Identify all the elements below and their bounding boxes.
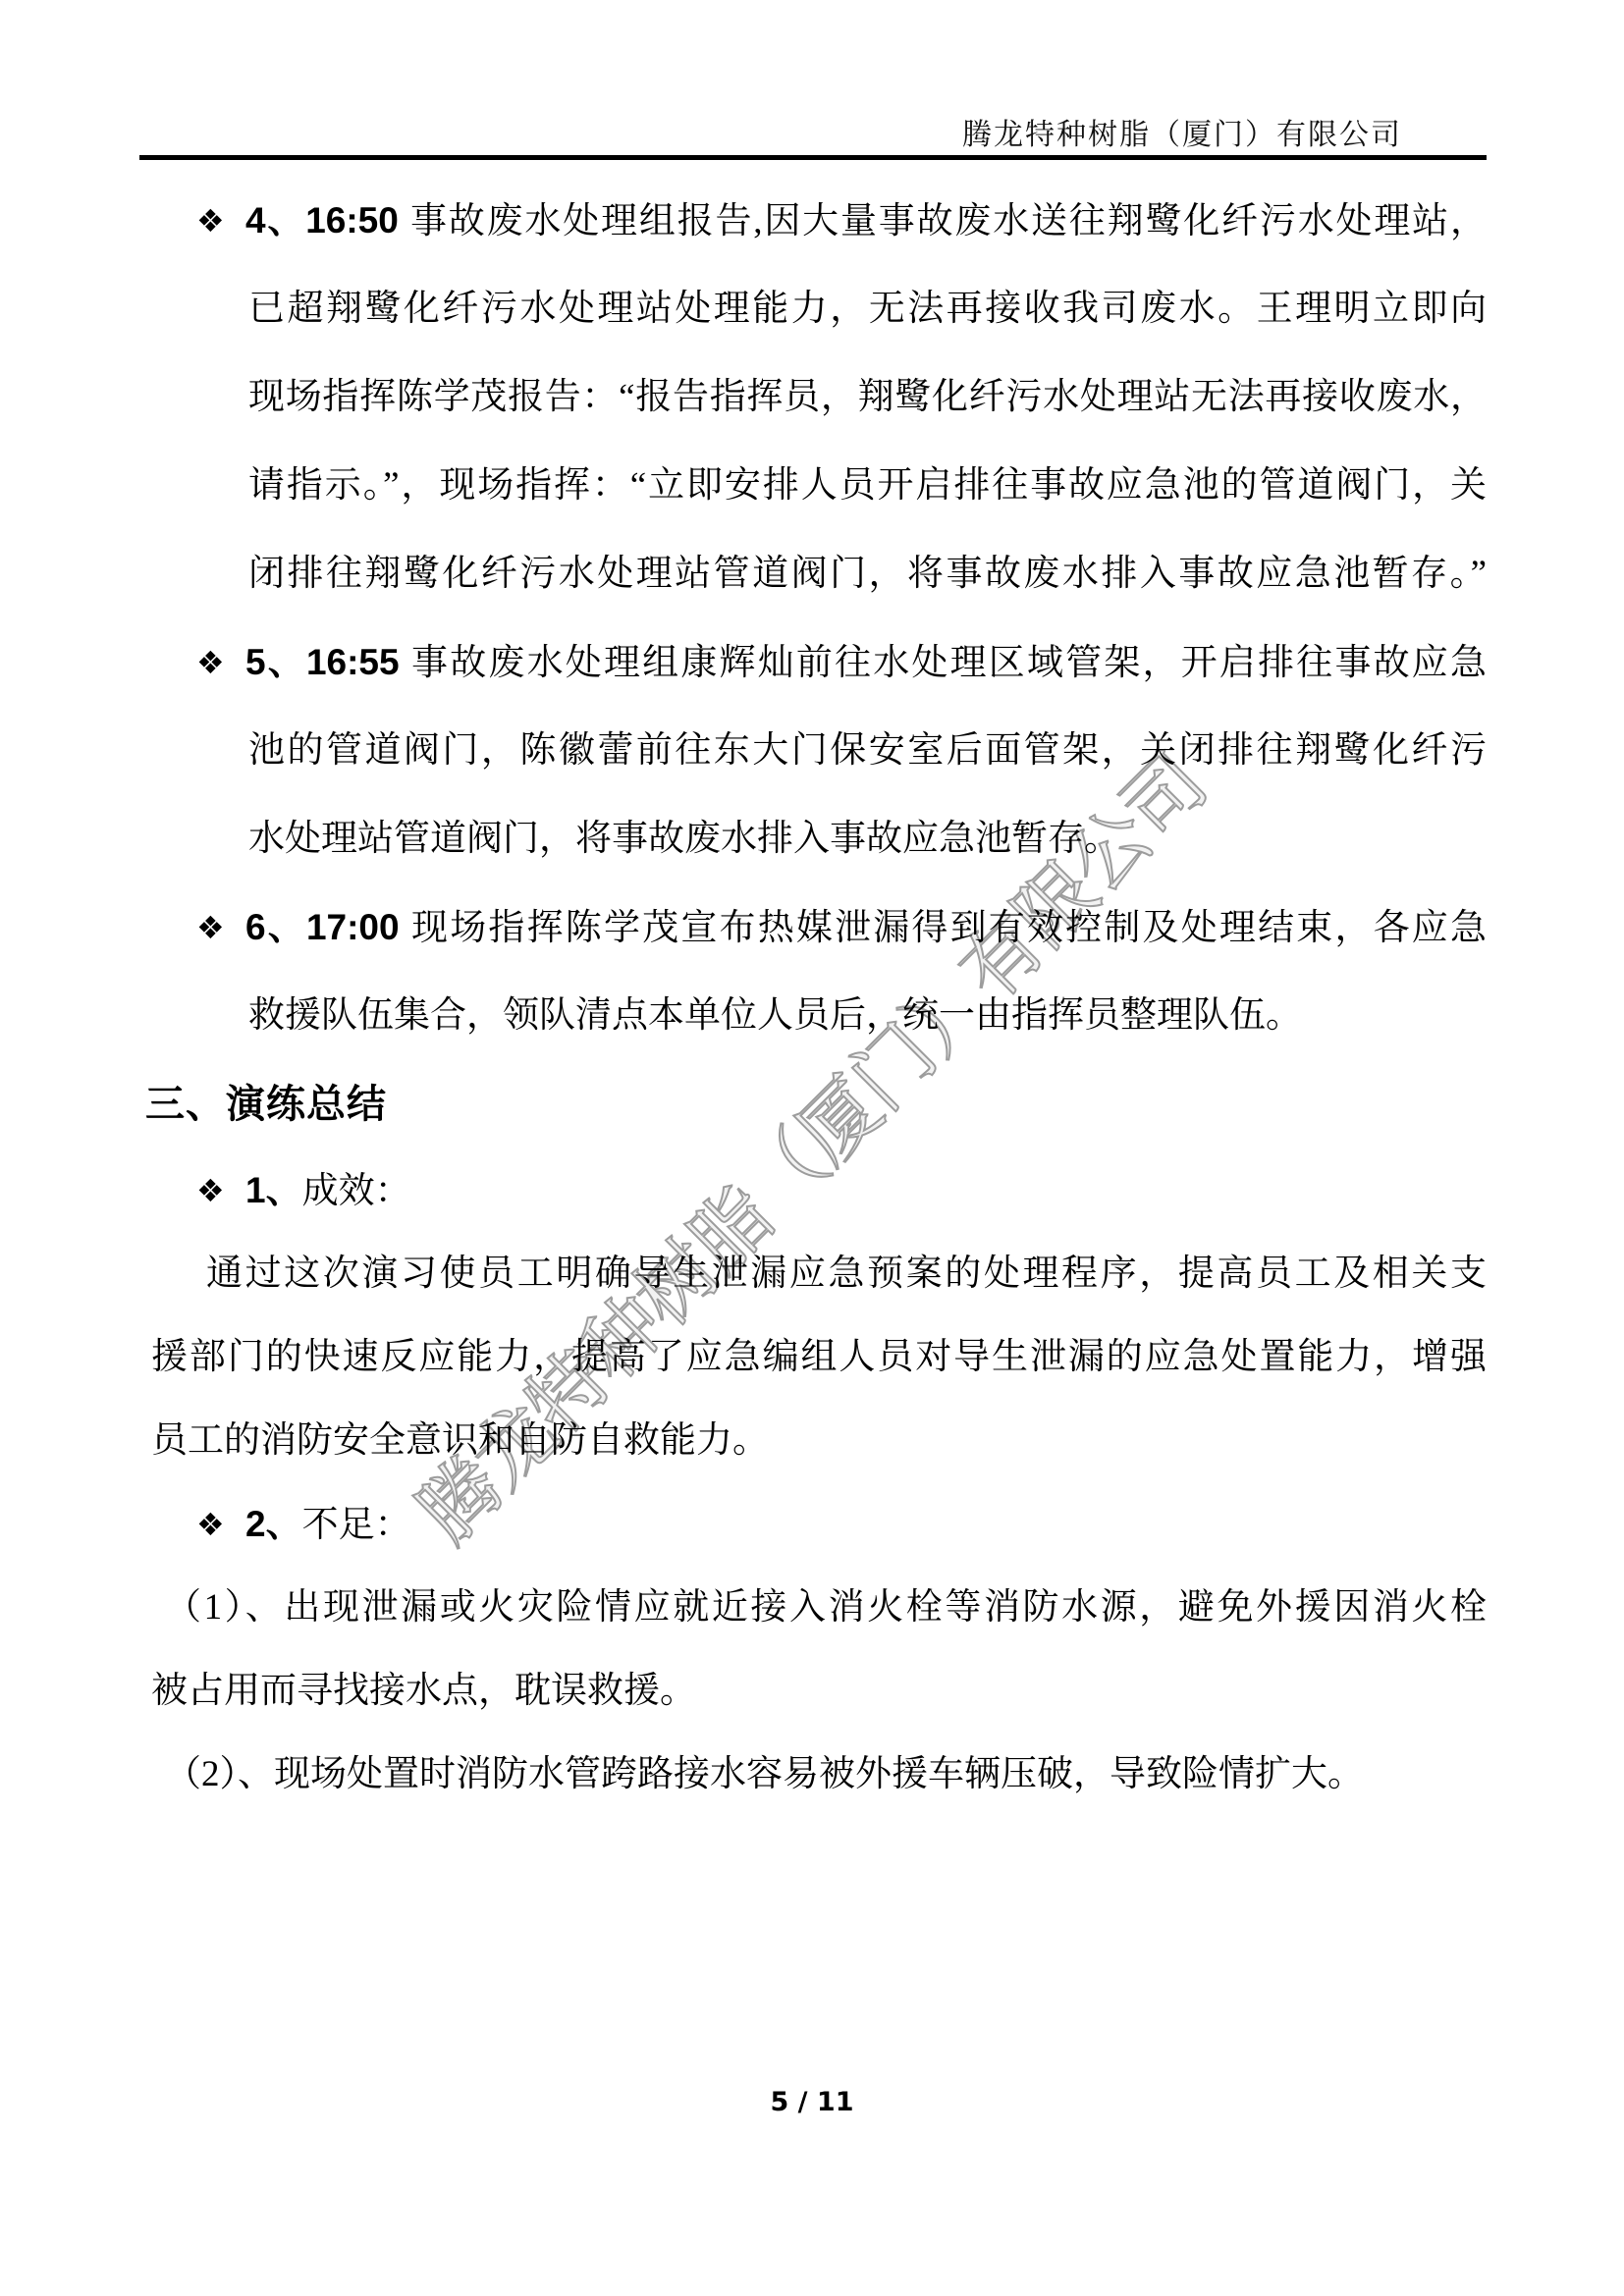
header-rule: [139, 155, 1487, 160]
deficiency-2-line-1: （2）、现场处置时消防水管跨路接水容易被外援车辆压破，导致险情扩大。: [145, 1733, 1487, 1816]
bullet-item-5-line-2: 池的管道阀门，陈徽蕾前往东大门保安室后面管架，关闭排往翔鹭化纤污: [145, 707, 1487, 795]
bullet-item-6-line-1: ❖6、17:00 现场指挥陈学茂宣布热媒泄漏得到有效控制及处理结束，各应急: [145, 883, 1487, 972]
bullet-item-5-line-1: ❖5、16:55 事故废水处理组康辉灿前往水处理区域管架，开启排往事故应急: [145, 618, 1487, 707]
section-heading-summary: 三、演练总结: [145, 1060, 1487, 1148]
timeline-section: ❖4、16:50 事故废水处理组报告,因大量事故废水送往翔鹭化纤污水处理站， 已…: [145, 177, 1487, 1148]
effect-paragraph-line-3: 员工的消防安全意识和自防自救能力。: [145, 1399, 1487, 1482]
page-number: 5 / 11: [0, 2087, 1624, 2117]
deficiency-1-line-1: （1）、出现泄漏或火灾险情应就近接入消火栓等消防水源，避免外援因消火栓: [145, 1566, 1487, 1649]
item-5-time: 5、16:55: [245, 642, 411, 682]
effect-paragraph-line-1: 通过这次演习使员工明确导生泄漏应急预案的处理程序，提高员工及相关支: [145, 1232, 1487, 1315]
item-6-time: 6、17:00: [245, 907, 411, 947]
item-4-time: 4、16:50: [245, 200, 410, 240]
document-body: ❖4、16:50 事故废水处理组报告,因大量事故废水送往翔鹭化纤污水处理站， 已…: [145, 177, 1487, 1816]
bullet-item-4-line-2: 已超翔鹭化纤污水处理站处理能力，无法再接收我司废水。王理明立即向: [145, 265, 1487, 353]
summary-item-2-number: 2、: [245, 1504, 302, 1544]
summary-item-1-label: 成效：: [302, 1171, 411, 1211]
deficiency-1-line-2: 被占用而寻找接水点，耽误救援。: [145, 1649, 1487, 1733]
summary-item-2-label: 不足：: [302, 1505, 411, 1545]
diamond-bullet-icon: ❖: [196, 883, 245, 972]
effect-paragraph-line-2: 援部门的快速反应能力，提高了应急编组人员对导生泄漏的应急处置能力，增强: [145, 1315, 1487, 1399]
item-4-text: 事故废水处理组报告,因大量事故废水送往翔鹭化纤污水处理站，: [410, 201, 1487, 241]
item-6-text: 现场指挥陈学茂宣布热媒泄漏得到有效控制及处理结束，各应急: [411, 908, 1487, 948]
diamond-bullet-icon: ❖: [196, 1483, 245, 1567]
summary-section: ❖1、成效： 通过这次演习使员工明确导生泄漏应急预案的处理程序，提高员工及相关支…: [145, 1148, 1487, 1816]
diamond-bullet-icon: ❖: [196, 177, 245, 265]
item-5-text: 事故废水处理组康辉灿前往水处理区域管架，开启排往事故应急: [411, 643, 1487, 683]
document-page: 腾龙特种树脂（厦门）有限公司 腾龙特种树脂（厦门）有限公司 ❖4、16:50 事…: [0, 0, 1624, 2296]
bullet-item-4-line-5: 闭排往翔鹭化纤污水处理站管道阀门，将事故废水排入事故应急池暂存。”: [145, 530, 1487, 618]
header-company-name: 腾龙特种树脂（厦门）有限公司: [962, 110, 1402, 153]
summary-item-1-heading: ❖1、成效：: [145, 1148, 1487, 1232]
diamond-bullet-icon: ❖: [196, 618, 245, 707]
diamond-bullet-icon: ❖: [196, 1149, 245, 1233]
bullet-item-6-line-2: 救援队伍集合，领队清点本单位人员后，统一由指挥员整理队伍。: [145, 972, 1487, 1060]
bullet-item-5-line-3: 水处理站管道阀门，将事故废水排入事故应急池暂存。: [145, 795, 1487, 883]
summary-item-1-number: 1、: [245, 1170, 302, 1210]
bullet-item-4-line-4: 请指示。”，现场指挥：“立即安排人员开启排往事故应急池的管道阀门，关: [145, 442, 1487, 530]
bullet-item-4-line-3: 现场指挥陈学茂报告：“报告指挥员，翔鹭化纤污水处理站无法再接收废水，: [145, 353, 1487, 442]
bullet-item-4-line-1: ❖4、16:50 事故废水处理组报告,因大量事故废水送往翔鹭化纤污水处理站，: [145, 177, 1487, 265]
summary-item-2-heading: ❖2、不足：: [145, 1482, 1487, 1566]
